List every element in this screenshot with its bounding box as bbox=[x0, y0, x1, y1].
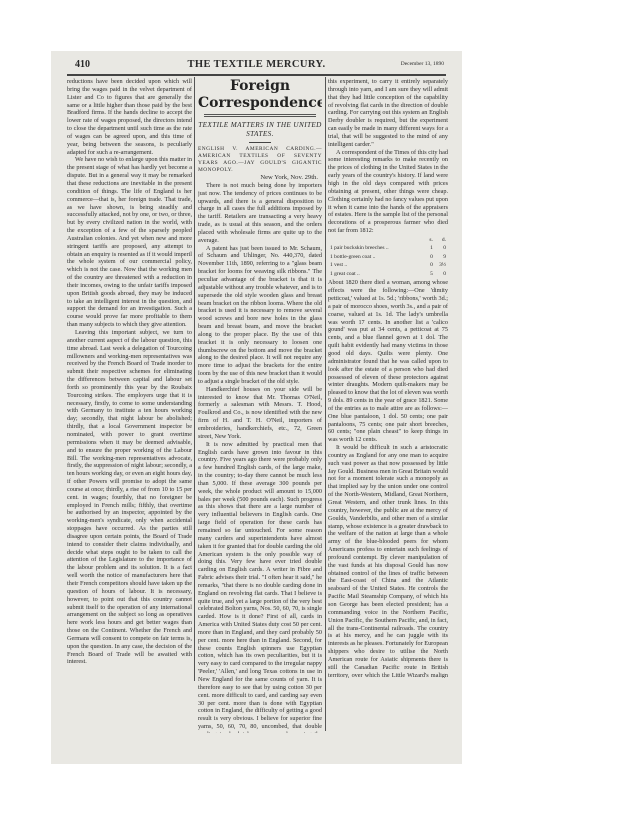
dateline: New York, Nov. 29th. bbox=[198, 174, 318, 182]
paragraph: There is not much being done by importer… bbox=[198, 182, 322, 245]
paragraph: Handkerchief houses on your side will be… bbox=[198, 386, 322, 441]
table-cell: 3½ bbox=[435, 262, 446, 269]
section-title-line: Foreign bbox=[198, 78, 322, 95]
paragraph: A correspondent of the Times of this cit… bbox=[328, 149, 448, 235]
price-table: s.d.1 pair buckskin breeches ..101 bottl… bbox=[328, 235, 448, 280]
paragraph: About 1820 there died a woman, among who… bbox=[328, 279, 448, 444]
table-cell: 5 bbox=[427, 271, 433, 278]
paragraph: reductions have been decided upon which … bbox=[67, 78, 192, 156]
table-cell: 1 bbox=[427, 245, 433, 252]
short-rule bbox=[249, 142, 271, 143]
section-title: Foreign Correspondence. bbox=[198, 78, 322, 112]
middle-column: Foreign Correspondence. TEXTILE MATTERS … bbox=[198, 78, 322, 733]
table-cell: d. bbox=[435, 237, 446, 244]
table-cell: s. bbox=[427, 237, 433, 244]
table-row: s.d. bbox=[330, 237, 446, 244]
table-cell: 0 bbox=[427, 254, 433, 261]
paragraph: A patent has just been issued to Mr. Sch… bbox=[198, 245, 322, 386]
page-header: 410 THE TEXTILE MERCURY. December 13, 18… bbox=[67, 59, 446, 73]
paragraph: It is now admitted by practical men that… bbox=[198, 441, 322, 733]
section-rule bbox=[204, 114, 316, 117]
table-cell: 0 bbox=[427, 262, 433, 269]
article-summary: English v. American carding.—American te… bbox=[198, 146, 322, 174]
table-row: 1 great coat ..50 bbox=[330, 271, 446, 278]
right-column: this experiment, to carry it entirely se… bbox=[328, 78, 448, 678]
paragraph: We have no wish to enlarge upon this mat… bbox=[67, 156, 192, 329]
table-cell: 9 bbox=[435, 254, 446, 261]
issue-date: December 13, 1890 bbox=[401, 61, 444, 67]
paragraph: Leaving this important subject, we turn … bbox=[67, 329, 192, 666]
table-cell: 1 bottle-green coat .. bbox=[330, 254, 425, 261]
table-cell: 1 pair buckskin breeches .. bbox=[330, 245, 425, 252]
paper-title: THE TEXTILE MERCURY. bbox=[67, 59, 446, 70]
table-cell bbox=[330, 237, 425, 244]
table-row: 1 bottle-green coat ..09 bbox=[330, 254, 446, 261]
table-cell: 0 bbox=[435, 271, 446, 278]
table-cell: 0 bbox=[435, 245, 446, 252]
column-divider bbox=[325, 77, 326, 731]
paragraph: this experiment, to carry it entirely se… bbox=[328, 78, 448, 149]
left-column: reductions have been decided upon which … bbox=[67, 78, 192, 678]
header-rule bbox=[67, 74, 446, 76]
table-cell: 1 vest .. bbox=[330, 262, 425, 269]
paragraph: It would be difficult in such a aristocr… bbox=[328, 444, 448, 678]
table-row: 1 pair buckskin breeches ..10 bbox=[330, 245, 446, 252]
table-row: 1 vest ..03½ bbox=[330, 262, 446, 269]
article-title: TEXTILE MATTERS IN THE UNITED STATES. bbox=[198, 121, 322, 139]
newspaper-page: 410 THE TEXTILE MERCURY. December 13, 18… bbox=[51, 51, 462, 764]
table-cell: 1 great coat .. bbox=[330, 271, 425, 278]
column-divider bbox=[194, 77, 195, 681]
section-title-line: Correspondence. bbox=[198, 95, 322, 112]
